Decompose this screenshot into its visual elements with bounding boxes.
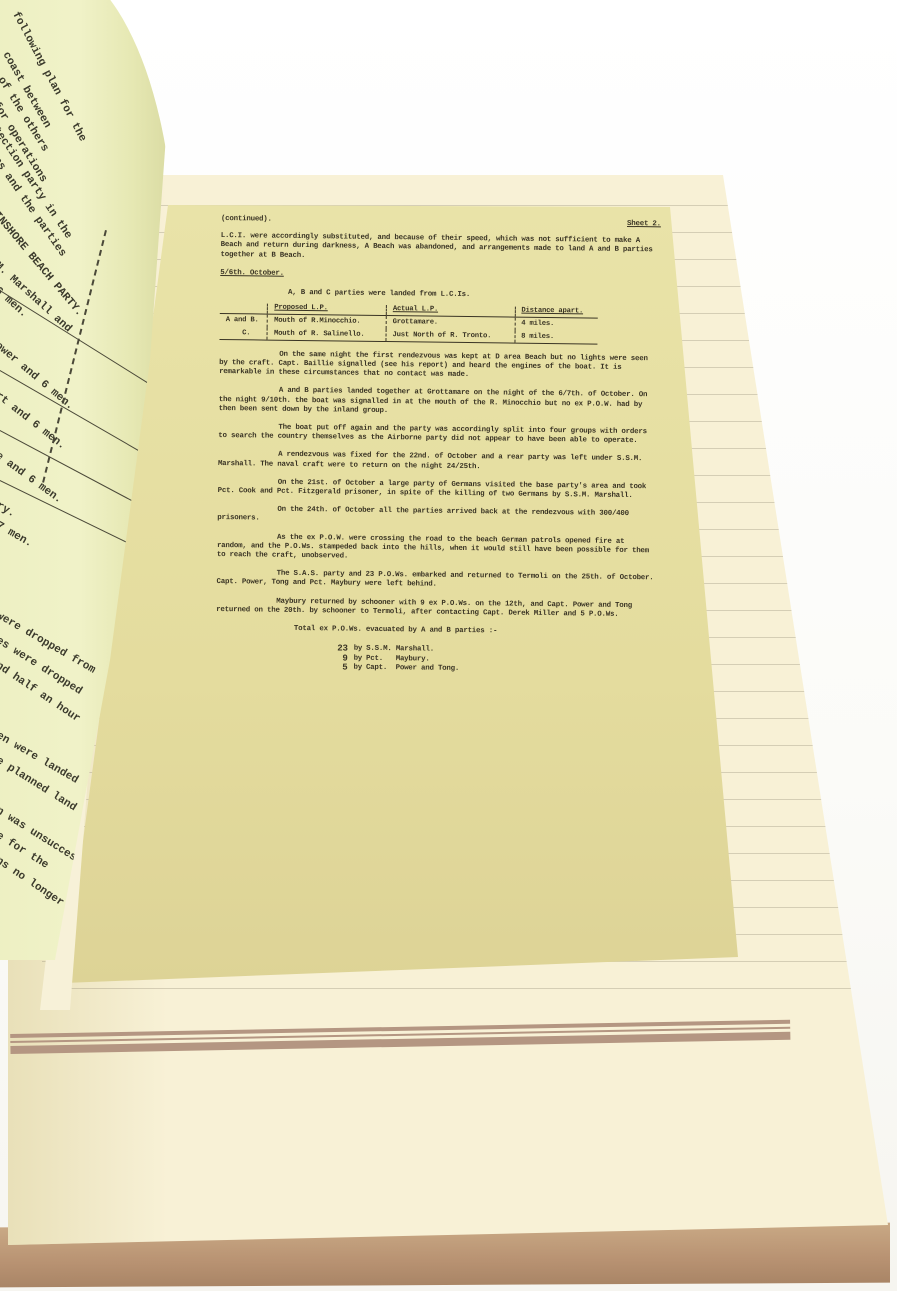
paragraph: As the ex P.O.W. were crossing the road …: [217, 533, 657, 566]
totals-by: by: [353, 663, 362, 672]
landing-points-table: Proposed L.P. Actual L.P. Distance apart…: [219, 303, 597, 344]
document-header: (continued). Sheet 2.: [221, 215, 661, 230]
paragraph: A rendezvous was fixed for the 22nd. of …: [218, 450, 658, 474]
cell-actual: Just North of R. Tronto.: [386, 329, 515, 343]
left-page-text: en were landed: [0, 730, 80, 787]
col-party: [220, 303, 268, 314]
sheet-number: Sheet 2.: [627, 220, 661, 230]
cell-distance: 8 miles.: [515, 330, 598, 344]
paragraph: The S.A.S. party and 23 P.O.Ws. embarked…: [216, 569, 656, 593]
left-page-text: 7 men.: [0, 520, 34, 550]
cell-party: A and B.: [220, 314, 268, 327]
cell-proposed: Mouth of R. Salinello.: [267, 327, 386, 341]
intro-paragraph: L.C.I. were accordingly substituted, and…: [220, 232, 660, 265]
continued-label: (continued).: [221, 215, 272, 225]
paragraph: The boat put off again and the party was…: [218, 423, 658, 447]
typed-document-sheet: (continued). Sheet 2. L.C.I. were accord…: [64, 205, 744, 985]
cell-distance: 4 miles.: [515, 318, 598, 332]
date-heading: 5/6th. October.: [220, 269, 660, 284]
paragraph: Maybury returned by schooner with 9 ex P…: [216, 597, 656, 621]
cell-party: C.: [219, 327, 267, 340]
totals-count: 5: [333, 663, 347, 672]
totals-who: Capt. Power and Tong.: [366, 664, 459, 674]
totals-by: by: [354, 645, 363, 654]
totals-by: by: [354, 654, 363, 663]
paragraph: On the 21st. of October a large party of…: [218, 478, 658, 502]
paragraph: A and B parties landed together at Grott…: [219, 386, 659, 419]
document-body: (continued). Sheet 2. L.C.I. were accord…: [215, 215, 661, 676]
totals-heading: Total ex P.O.Ws. evacuated by A and B pa…: [216, 624, 656, 639]
landed-line: A, B and C parties were landed from L.C.…: [220, 288, 660, 303]
left-page-text: ry.: [0, 500, 17, 520]
paragraph: On the 24th. of October all the parties …: [217, 505, 657, 529]
left-page-dashed-rule: [42, 230, 107, 483]
paragraph: On the same night the first rendezvous w…: [219, 350, 659, 383]
ruled-line: [43, 988, 897, 989]
totals-list: 23 by S.S.M. Marshall. 9 by Pct. Maybury…: [215, 643, 655, 676]
